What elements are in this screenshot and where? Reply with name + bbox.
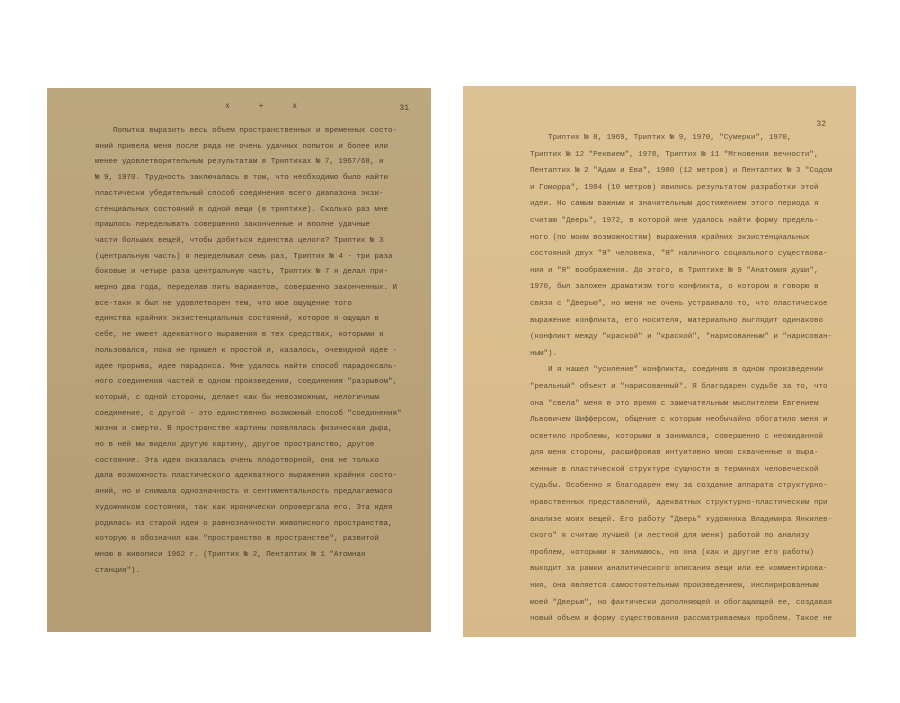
text-line: боковые и четыре раза центральную часть,…	[95, 265, 401, 281]
text-line: новый объем и форму существования рассма…	[530, 611, 832, 628]
text-line: родилась из старой идеи о равнозначности…	[95, 517, 401, 533]
text-line: связи с "Дверью", но меня не очень устра…	[530, 296, 832, 313]
page-number: 31	[399, 104, 409, 113]
text-line: пришлось переделывать совершенно законче…	[95, 218, 401, 234]
text-line: 1970, был заложен драматизм того конфлик…	[530, 279, 832, 296]
text-line: ния и "Я" воображения. До этого, в Трипт…	[530, 263, 832, 280]
text-line: судьбы. Особенно я благодарен ему за соз…	[530, 478, 832, 495]
text-line: станция").	[95, 564, 401, 580]
text-line: для меня стороны, расшифровав интуитивно…	[530, 445, 832, 462]
text-line: "реальный" объект и "нарисованный". Я бл…	[530, 379, 832, 396]
text-line: считаю "Дверь", 1972, в которой мне удал…	[530, 213, 832, 230]
text-line: Триптих № 8, 1969, Триптих № 9, 1970, "С…	[530, 130, 832, 147]
text-line: дала возможность пластического адекватно…	[95, 469, 401, 485]
text-line: ского" я считаю лучшей (и лестной для ме…	[530, 528, 832, 545]
text-line: Триптих № 12 "Реквием", 1978, Триптих № …	[530, 147, 832, 164]
text-line: пластически убедительный способ соединен…	[95, 187, 401, 203]
text-line: нравственных представлений, адекватных с…	[530, 495, 832, 512]
text-line: ного соединения частей в одном произведе…	[95, 375, 401, 391]
text-line: но в ней мы видели другую картину, друго…	[95, 438, 401, 454]
text-line: менее удовлетворительным результатам в Т…	[95, 155, 401, 171]
page-number: 32	[816, 120, 826, 129]
text-line: ния, она является самостоятельным произв…	[530, 578, 832, 595]
typewritten-page-31: x + x 31 Попытка выразить весь объем про…	[47, 88, 431, 632]
text-line: единства крайних экзистенциальных состоя…	[95, 312, 401, 328]
text-line: Львовичем Шифферсом, общение с которым н…	[530, 412, 832, 429]
page-body-text: Триптих № 8, 1969, Триптих № 9, 1970, "С…	[530, 130, 832, 628]
text-line: проблем, которыми я занимаюсь, но она (к…	[530, 545, 832, 562]
text-line: яний, но и снимала однозначность и сенти…	[95, 485, 401, 501]
text-line: все-таки я был не удовлетворен тем, что …	[95, 297, 401, 313]
text-line: выходит за рамки аналитического описания…	[530, 561, 832, 578]
text-line: анализе моих вещей. Его работу "Дверь" х…	[530, 512, 832, 529]
text-line: который, с одной стороны, делает как бы …	[95, 391, 401, 407]
text-line: моей "Дверью", но фактически дополняющей…	[530, 595, 832, 612]
text-line: жизни и смерти. В пространстве картины п…	[95, 422, 401, 438]
text-line: Попытка выразить весь объем пространстве…	[95, 124, 401, 140]
text-line: № 9, 1970. Трудность заключалась в том, …	[95, 171, 401, 187]
text-line: Пентаптих № 2 "Адам и Ева", 1980 (12 мет…	[530, 163, 832, 180]
text-line: состояний двух "Я" человека, "Я" налично…	[530, 246, 832, 263]
text-line: себе, не имеет адекватного выражения в т…	[95, 328, 401, 344]
text-line: (конфликт между "краской" и "краской", "…	[530, 329, 832, 346]
text-line: яний привела меня после ряда не очень уд…	[95, 140, 401, 156]
text-line: И я нашел "усиление" конфликта, соединив…	[530, 362, 832, 379]
text-line: мерно два года, переделав пять вариантов…	[95, 281, 401, 297]
text-line: выражение конфликта, его носителя, матер…	[530, 313, 832, 330]
text-line: женные в пластической структуре сущности…	[530, 462, 832, 479]
text-line: идеи. Но самым важным и значительным дос…	[530, 196, 832, 213]
text-line: которую я обозначил как "пространство в …	[95, 532, 401, 548]
text-line: и Гоморра", 1984 (10 метров) явились рез…	[530, 180, 832, 197]
text-line: состояние. Эта идея оказалась очень плод…	[95, 454, 401, 470]
text-line: пользовался, пока не пришел к простой и,…	[95, 344, 401, 360]
page-marks: x + x	[225, 102, 309, 111]
text-line: идее прорыва, идее парадокса. Мне удалос…	[95, 360, 401, 376]
text-line: соединение, с другой - это единственно в…	[95, 407, 401, 423]
text-line: части больших вещей, чтобы добиться един…	[95, 234, 401, 250]
text-line: художником состояния, так как иронически…	[95, 501, 401, 517]
text-line: ного (по моим возможностям) выражения кр…	[530, 230, 832, 247]
text-line: стенциальных состояний в одной вещи (в т…	[95, 203, 401, 219]
text-line: (центральную часть) я переделывал семь р…	[95, 250, 401, 266]
text-line: ным").	[530, 346, 832, 363]
page-body-text: Попытка выразить весь объем пространстве…	[95, 124, 401, 579]
text-line: она "свела" меня в это время с замечател…	[530, 396, 832, 413]
text-line: мною в живописи 1962 г. (Триптих № 2, Пе…	[95, 548, 401, 564]
text-line: осветило проблемы, которыми я занимался,…	[530, 429, 832, 446]
typewritten-page-32: 32 Триптих № 8, 1969, Триптих № 9, 1970,…	[463, 86, 856, 637]
